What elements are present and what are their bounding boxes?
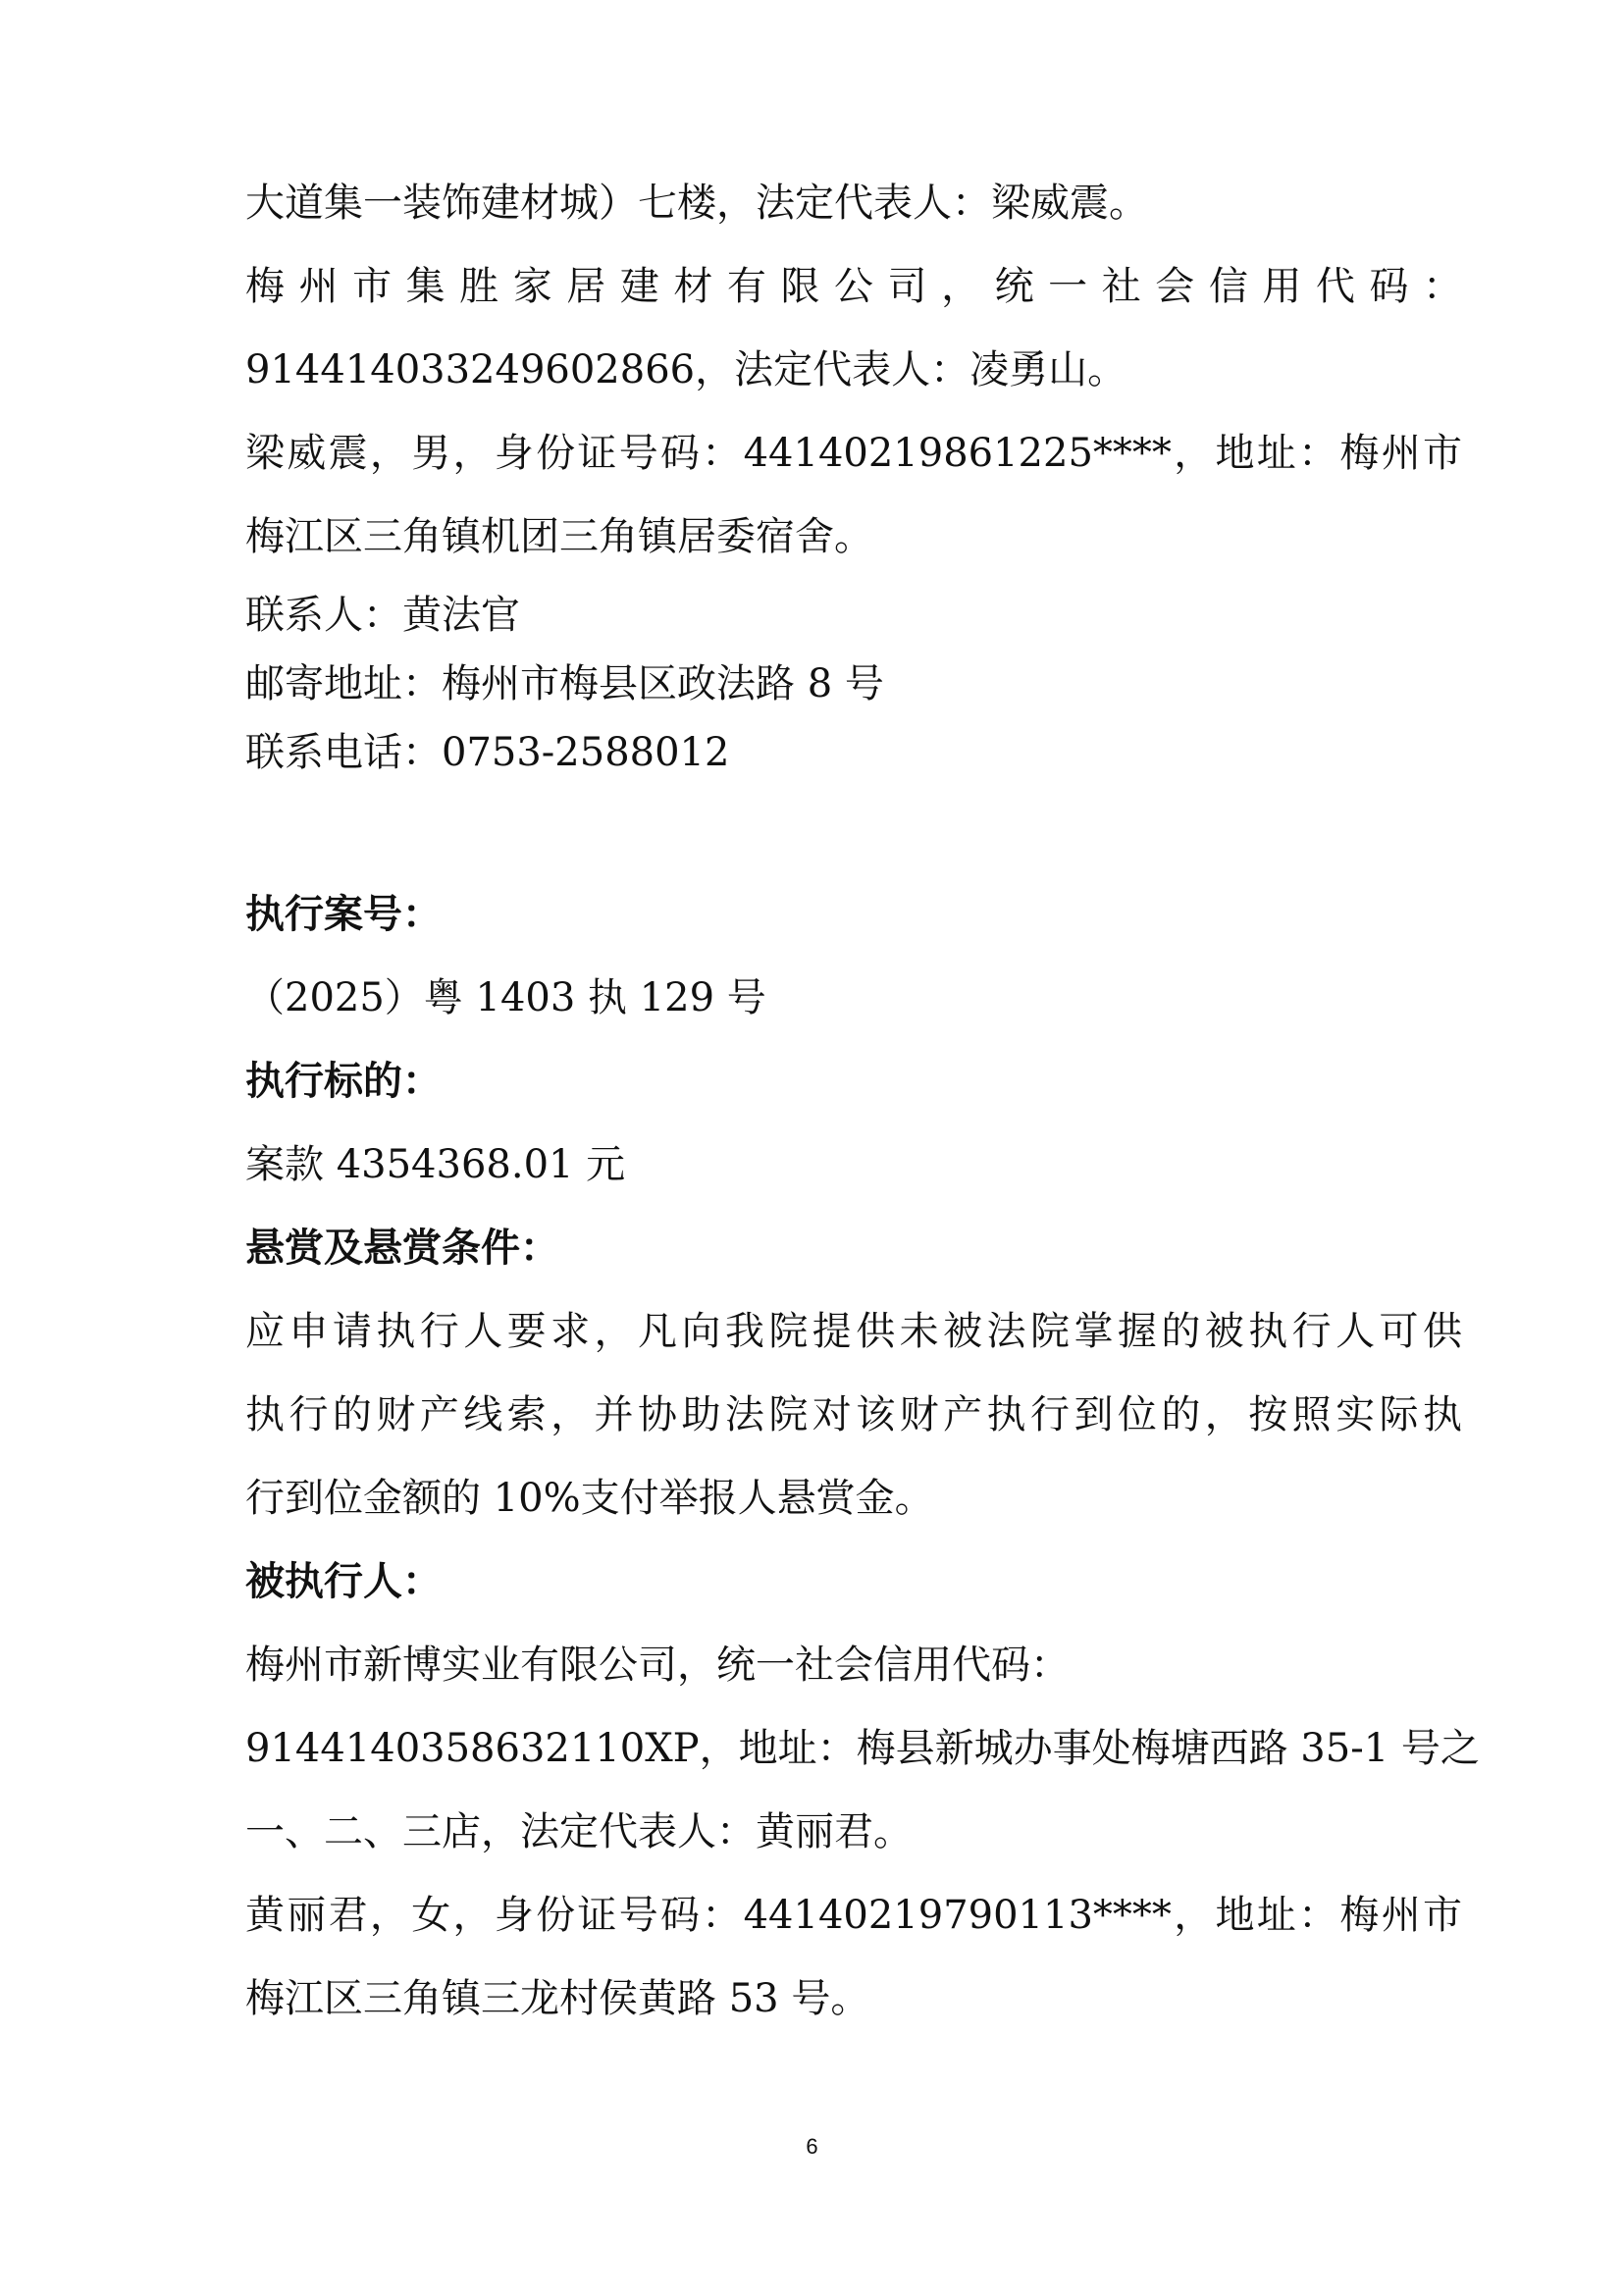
contact-phone: 联系电话：0753-2588012 <box>245 729 729 776</box>
respondent-text-line: 梅州市新博实业有限公司，统一社会信用代码： <box>245 1642 1070 1689</box>
respondent-heading: 被执行人： <box>245 1558 442 1605</box>
respondent-text-line: 9144140358632110XP，地址：梅县新城办事处梅塘西路 35-1 号… <box>245 1725 1462 1772</box>
text-line-person-address: 梅江区三角镇机团三角镇居委宿舍。 <box>245 513 873 560</box>
case-number-heading: 执行案号： <box>245 891 442 938</box>
respondent-text-line: 一、二、三店，法定代表人：黄丽君。 <box>245 1808 913 1855</box>
subject-value: 案款 4354368.01 元 <box>245 1141 625 1188</box>
reward-heading: 悬赏及悬赏条件： <box>245 1225 559 1272</box>
text-line-credit-code: 914414033249602866，法定代表人：凌勇山。 <box>245 346 1126 393</box>
respondent-text-line: 梅江区三角镇三龙村侯黄路 53 号。 <box>245 1975 869 2022</box>
respondent-text-line: 黄丽君，女，身份证号码：44140219790113****，地址：梅州市 <box>245 1892 1462 1939</box>
case-number-value: （2025）粤 1403 执 129 号 <box>245 974 766 1021</box>
text-line-party-address: 大道集一装饰建材城）七楼，法定代表人：梁威震。 <box>245 180 1148 227</box>
mailing-address: 邮寄地址：梅州市梅县区政法路 8 号 <box>245 660 884 707</box>
text-line-company-name: 梅州市集胜家居建材有限公司，统一社会信用代码： <box>245 263 1462 310</box>
subject-heading: 执行标的： <box>245 1058 442 1105</box>
page-number: 6 <box>0 2134 1624 2160</box>
contact-person: 联系人：黄法官 <box>245 592 520 639</box>
text-line-person-id: 梁威震，男，身份证号码：44140219861225****，地址：梅州市 <box>245 430 1462 477</box>
reward-text-line: 应申请执行人要求，凡向我院提供未被法院掌握的被执行人可供 <box>245 1308 1462 1355</box>
reward-text-line: 执行的财产线索，并协助法院对该财产执行到位的，按照实际执 <box>245 1391 1462 1438</box>
reward-text-line: 行到位金额的 10%支付举报人悬赏金。 <box>245 1475 934 1522</box>
